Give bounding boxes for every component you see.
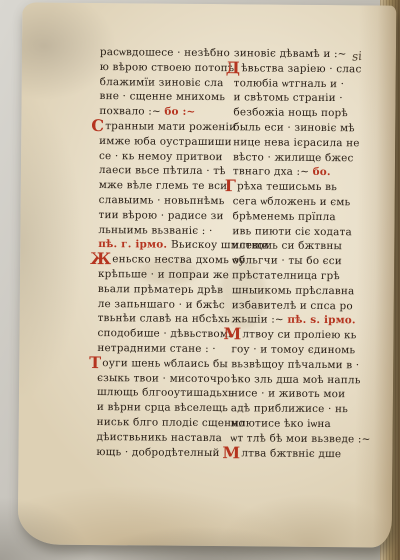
body-text: похвало :~ [99, 105, 164, 118]
text-line: ю вѣрою ствоею потопѣ [100, 58, 232, 74]
text-line: Грѣха тешисьмь вь [233, 177, 375, 193]
body-text: зиновіє дѣвамѣ и :~ [234, 47, 347, 60]
body-text: шныикомь прѣславна [232, 284, 355, 297]
text-line: иствомь си бжтвны [232, 237, 374, 253]
text-line: шлющь блгооутишадьхь [97, 383, 229, 399]
body-text: имже юба оустрашиши [99, 135, 232, 148]
body-text: ю вѣрою ствоею потопѣ [100, 61, 235, 74]
rubric-text: пѣ. ѕ. ірмо. [287, 314, 356, 327]
parchment-page: ѕі расѡвдошесе · незѣбною вѣрою ствоею п… [18, 2, 397, 547]
text-line: блажимїи зиновіє сла [100, 73, 232, 89]
manuscript-photo: ѕі расѡвдошесе · незѣбною вѣрою ствоею п… [0, 0, 400, 560]
text-line: ниськ блго плодіє сщенно [97, 413, 229, 429]
text-line: Женьско нества дхомь оу [98, 250, 230, 266]
text-line: вьали прѣматерь дрѣв [98, 280, 230, 296]
text-line: Млтвоу си проліею кь [231, 325, 373, 341]
text-line: дѣиствьникь наставла [97, 428, 229, 444]
text-line: Тоуги шень ѡблаись бы [97, 354, 229, 370]
text-line: славыимь · новьпнѣмь [99, 191, 231, 207]
text-line: нице нева ієрасила не [233, 133, 375, 149]
text-column-right: зиновіє дѣвамѣ и :~Дѣвьства заріею · сла… [230, 44, 376, 460]
text-line: вьзвѣщоу пѣчальми в · [231, 355, 373, 371]
text-line: расѡвдошесе · незѣбно [100, 43, 232, 59]
body-text: нетрадними стане : · [97, 342, 216, 355]
text-line: Млтва бжтвніє дше [230, 444, 372, 460]
body-text: нице нева ієрасила не [233, 136, 360, 149]
body-text: рѣха тешисьмь вь [237, 180, 337, 193]
text-line: сега ѡбложень и ємь [233, 192, 375, 208]
text-line: зиновіє дѣвамѣ и :~ [234, 44, 376, 60]
text-line: толюбіа ѡтгналь и · [234, 74, 376, 90]
text-line: быль еси · зиновіє мѣ [233, 118, 375, 134]
text-line: вѣсто · жилище бжес [233, 148, 375, 164]
text-line: и вѣрни срца вѣселещь [97, 398, 229, 414]
text-line: мже вѣле глемь те вси [99, 176, 231, 192]
text-line: адѣ приближисе · нь [231, 399, 373, 415]
text-line: єзыкь твои · мисоточро [97, 369, 229, 385]
text-line: ѡт тлѣ бѣ мои вьзведе :~ [231, 429, 373, 445]
body-text: дѣиствьникь наставла [97, 431, 223, 444]
text-line: тии вѣрою · радисе зи [98, 206, 230, 222]
text-line: безбожіа нощь порѣ [233, 103, 375, 119]
text-line: твнаго дха :~ бо. [233, 163, 375, 179]
text-line: прѣстателница грѣ [232, 266, 374, 282]
body-text: млютисе ѣко іѡна [231, 417, 331, 430]
body-text: славыимь · новьпнѣмь [99, 194, 225, 207]
text-line: шныикомь прѣславна [232, 281, 374, 297]
rubric-text: бо. [313, 166, 331, 178]
text-line: ивь пиюти сіє ходата [232, 222, 374, 238]
body-text: вьзвѣщоу пѣчальми в · [231, 358, 359, 371]
text-line: Странныи мати роженіи · [99, 117, 231, 133]
text-line: лаеси вьсе пѣтила · тѣ [99, 161, 231, 177]
text-line: пѣ. г. ірмо. Вьискоу шмлещи [98, 235, 230, 251]
body-text: лтва бжтвніє дше [241, 447, 341, 460]
text-line: льныимь вьзваніє : · [98, 221, 230, 237]
text-line: Дѣвьства заріею · слас [234, 59, 376, 75]
text-line: ле запьншаго · и бжѣс [98, 295, 230, 311]
text-line: жьшіи :~ пѣ. ѕ. ірмо. [232, 311, 374, 327]
text-line: похвало :~ бо :~ [99, 102, 231, 118]
text-line: ющь · добродѣтелный [96, 443, 228, 459]
body-text: ѡт тлѣ бѣ мои вьзведе :~ [231, 432, 371, 445]
body-text: крѣпьше · и попраи же [98, 268, 229, 281]
text-line: и свѣтомь страніи · [233, 89, 375, 105]
rubric-text: бо :~ [164, 106, 195, 118]
text-line: млютисе ѣко іѡна [231, 414, 373, 430]
body-text: тии вѣрою · радисе зи [98, 209, 223, 222]
body-text: брѣменемь прїпла [232, 210, 335, 223]
rubric-text: М [222, 443, 240, 462]
text-line: ѡбльгчи · ты бо єси [232, 251, 374, 267]
body-text: сега ѡбложень и ємь [233, 195, 351, 208]
body-text: прѣстателница грѣ [232, 269, 340, 282]
text-line: се · кь немоу притвои [99, 147, 231, 163]
body-text: ѣвьства заріею · слас [241, 62, 361, 75]
text-line: имже юба оустрашиши [99, 132, 231, 148]
body-text: твнаго дха :~ [233, 166, 313, 179]
body-text: вьали прѣматерь дрѣв [98, 283, 223, 296]
text-line: избавителѣ и спса ро [232, 296, 374, 312]
text-line: ѣко зль дша моѣ напль [231, 370, 373, 386]
text-line: сподобише · дѣвьствомь [97, 324, 229, 340]
text-line: вне · сщенне мнихомь [100, 87, 232, 103]
body-text: оуги шень ѡблаись бы [102, 357, 228, 370]
text-line: брѣменемь прїпла [232, 207, 374, 223]
text-block: расѡвдошесе · незѣбною вѣрою ствоею пото… [18, 2, 397, 547]
body-text: ющь · добродѣтелный [96, 446, 219, 459]
text-line: гоу · и томоу єдиномь [231, 340, 373, 356]
text-line: крѣпьше · и попраи же [98, 265, 230, 281]
text-line: нисе · и животь мои [231, 385, 373, 401]
text-line: нетрадними стане : · [97, 339, 229, 355]
body-text: гоу · и томоу єдиномь [231, 343, 355, 356]
text-line: твьнѣи славѣ на нбсѣхь [98, 309, 230, 325]
text-column-left: расѡвдошесе · незѣбною вѣрою ствоею пото… [96, 43, 232, 458]
body-text: быль еси · зиновіє мѣ [233, 121, 355, 134]
